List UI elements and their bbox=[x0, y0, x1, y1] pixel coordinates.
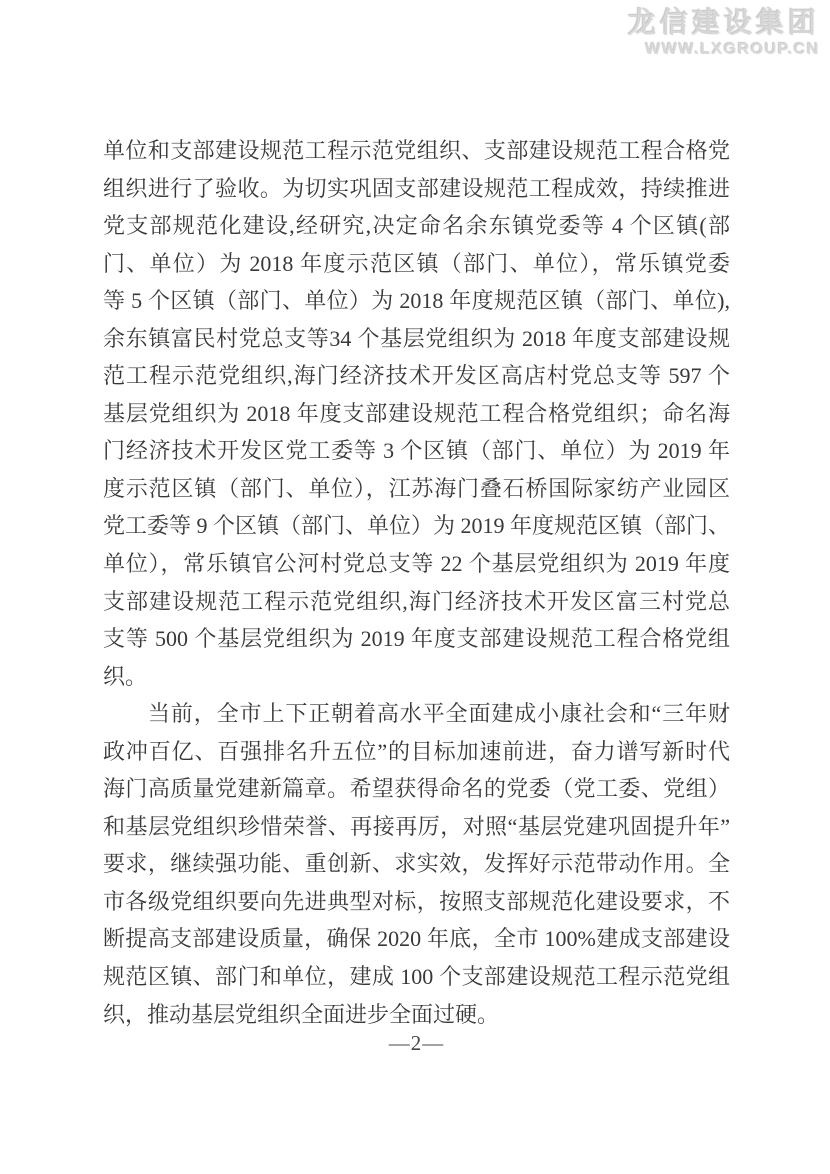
text-line: 范工程示范党组织,海门经济技术开发区高店村党总支等 597 个 bbox=[103, 357, 730, 395]
text-line: 支等 500 个基层党组织为 2019 年度支部建设规范工程合格党组 bbox=[103, 620, 730, 658]
text-line: 规范区镇、部门和单位，建成 100 个支部建设规范工程示范党组 bbox=[103, 958, 730, 996]
text-line: 市各级党组织要向先进典型对标，按照支部规范化建设要求，不 bbox=[103, 883, 730, 921]
text-line: 度示范区镇（部门、单位），江苏海门叠石桥国际家纺产业园区 bbox=[103, 470, 730, 508]
text-line: 党工委等 9 个区镇（部门、单位）为 2019 年度规范区镇（部门、 bbox=[103, 507, 730, 545]
watermark-website-url: WWW.LXGROUP.CN bbox=[628, 40, 820, 60]
text-line: 基层党组织为 2018 年度支部建设规范工程合格党组织；命名海 bbox=[103, 395, 730, 433]
page-number: —2— bbox=[103, 1030, 730, 1056]
text-line: 等 5 个区镇（部门、单位）为 2018 年度规范区镇（部门、单位), bbox=[103, 282, 730, 320]
text-line: 断提高支部建设质量，确保 2020 年底，全市 100%建成支部建设 bbox=[103, 920, 730, 958]
text-line: 党支部规范化建设,经研究,决定命名余东镇党委等 4 个区镇(部 bbox=[103, 207, 730, 245]
corporate-watermark: 龙信建设集团 WWW.LXGROUP.CN bbox=[628, 8, 820, 60]
text-line: 要求，继续强功能、重创新、求实效，发挥好示范带动作用。全 bbox=[103, 845, 730, 883]
text-line: 单位和支部建设规范工程示范党组织、支部建设规范工程合格党 bbox=[103, 132, 730, 170]
text-line: 组织进行了验收。为切实巩固支部建设规范工程成效，持续推进 bbox=[103, 170, 730, 208]
text-line: 单位），常乐镇官公河村党总支等 22 个基层党组织为 2019 年度 bbox=[103, 545, 730, 583]
document-text-body: 单位和支部建设规范工程示范党组织、支部建设规范工程合格党组织进行了验收。为切实巩… bbox=[103, 132, 730, 1033]
text-line: 海门高质量党建新篇章。希望获得命名的党委（党工委、党组） bbox=[103, 770, 730, 808]
text-line: 支部建设规范工程示范党组织,海门经济技术开发区富三村党总 bbox=[103, 583, 730, 621]
text-line: 政冲百亿、百强排名升五位”的目标加速前进，奋力谱写新时代 bbox=[103, 733, 730, 771]
text-line: 门经济技术开发区党工委等 3 个区镇（部门、单位）为 2019 年 bbox=[103, 432, 730, 470]
watermark-company-name: 龙信建设集团 bbox=[628, 8, 820, 38]
text-line: 和基层党组织珍惜荣誉、再接再厉，对照“基层党建巩固提升年” bbox=[103, 808, 730, 846]
text-line: 余东镇富民村党总支等34 个基层党组织为 2018 年度支部建设规 bbox=[103, 320, 730, 358]
text-line: 织。 bbox=[103, 658, 730, 696]
text-line: 门、单位）为 2018 年度示范区镇（部门、单位），常乐镇党委 bbox=[103, 245, 730, 283]
text-line: 当前，全市上下正朝着高水平全面建成小康社会和“三年财 bbox=[103, 695, 730, 733]
text-line: 织，推动基层党组织全面进步全面过硬。 bbox=[103, 996, 730, 1034]
scanned-document-page: { "watermark": { "company_name": "龙信建设集团… bbox=[0, 0, 830, 1174]
